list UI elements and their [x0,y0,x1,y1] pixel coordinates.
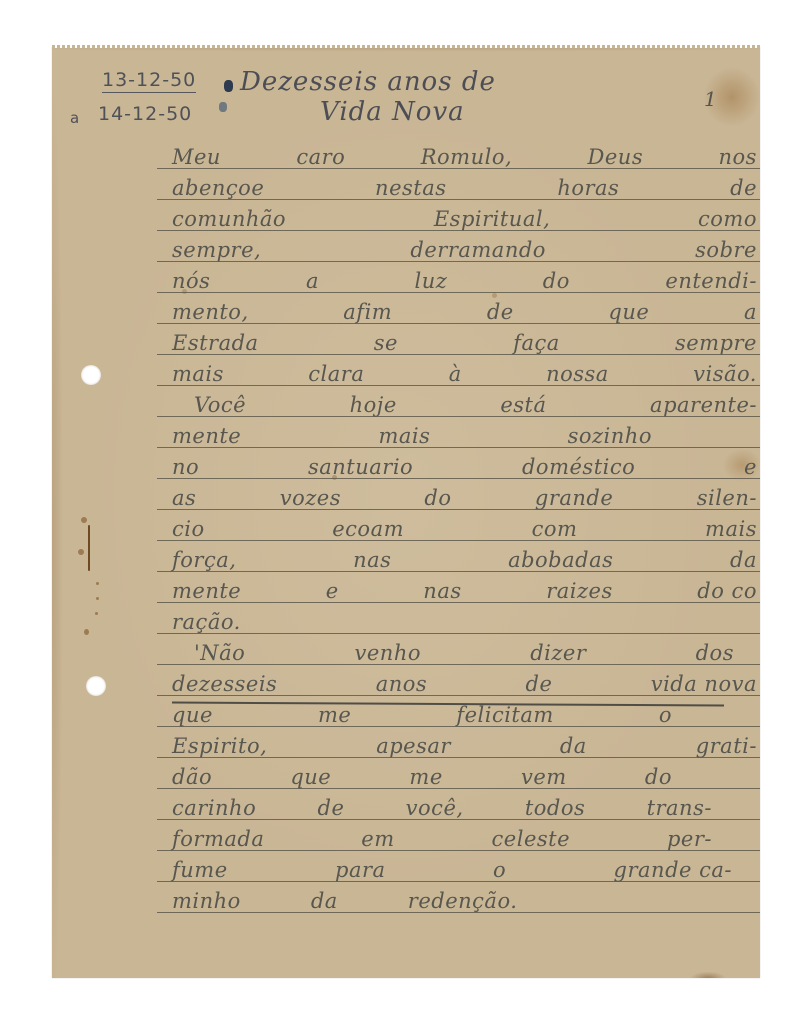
word: raizes [546,579,613,603]
word: Espiritual, [434,207,550,231]
stain-dot [95,612,98,615]
text-line: abençoe nestas horas de [172,170,757,200]
text-line: fume para o grande ca- [172,852,732,882]
margin-rust-mark [88,525,90,571]
word: todos [525,796,585,820]
word: as [172,486,196,510]
word: Estrada [172,331,259,355]
binder-hole-bottom [86,676,106,696]
word: felicitam [456,703,553,727]
word: anos [376,672,427,696]
text-line: dão que me vem do [172,759,672,789]
word: que [608,300,649,324]
word: me [409,765,442,789]
word: mais [378,424,430,448]
text-line: no santuario doméstico e [172,449,757,479]
date-prefix: a [70,109,80,127]
word: me [318,703,351,727]
word: dão [172,765,212,789]
word: grande ca- [614,858,732,882]
word: de [526,672,553,696]
word: derramando [410,238,546,262]
stain-dot [96,597,99,600]
word: e [326,579,339,603]
title-line-1: Dezesseis anos de [240,67,496,97]
text-line: dezesseis anos de vida nova [172,666,757,696]
word: sobre [695,238,757,262]
word: ração. [172,610,241,634]
word: comunhão [172,207,286,231]
word: dezesseis [172,672,277,696]
word: Espirito, [172,734,267,758]
word: fume [172,858,228,882]
ink-blot [224,80,233,92]
text-line: 'Não venho dizer dos [172,635,734,665]
stain-dot [81,517,87,523]
text-line: mento, afim de que a [172,294,757,324]
word: da [311,889,338,913]
word: da [560,734,587,758]
word: venho [355,641,421,665]
word: mais [705,517,757,541]
word: de [318,796,345,820]
word: silen- [697,486,757,510]
title-line-2: Vida Nova [320,97,465,127]
text-line: carinho de você, todos trans- [172,790,712,820]
text-line: Meu caro Romulo, Deus nos [172,139,757,169]
word: aparente- [650,393,757,417]
word: o [659,703,672,727]
word: a [306,269,319,293]
word: nas [423,579,461,603]
word: sempre, [172,238,261,262]
date-start: 13-12-50 [102,69,196,93]
word: de [487,300,514,324]
word: ecoam [332,517,404,541]
word: nestas [375,176,446,200]
word: Meu [172,145,221,169]
text-line: mais clara à nossa visão. [172,356,757,386]
word: mento, [172,300,249,324]
word: que [290,765,331,789]
word: Romulo, [421,145,512,169]
text-line: que me felicitam o [172,697,672,727]
text-line: sempre, derramando sobre [172,232,757,262]
word: luz [414,269,447,293]
word: sempre [675,331,757,355]
text-line: cio ecoam com mais [172,511,757,541]
word: Você [194,393,246,417]
word: à [449,362,462,386]
word: caro [296,145,345,169]
word: afim [343,300,392,324]
word: grati- [696,734,757,758]
word: vem [521,765,567,789]
word: horas [557,176,619,200]
binder-hole-top [81,365,101,385]
word: hoje [350,393,397,417]
word: mente [172,424,241,448]
text-line: minho da redenção. [172,883,757,913]
word: abobadas [508,548,613,572]
ink-blot [219,102,227,112]
stain-dot [96,582,99,585]
word: você, [406,796,464,820]
word: abençoe [172,176,264,200]
word: minho [172,889,241,913]
word: força, [172,548,236,572]
word: dos [696,641,734,665]
word: cio [172,517,205,541]
word: com [532,517,578,541]
word: a [744,300,757,324]
word: dizer [530,641,586,665]
word: da [730,548,757,572]
word: apesar [376,734,451,758]
word: mais [172,362,224,386]
text-line: mente mais sozinho [172,418,652,448]
word: formada [172,827,264,851]
stain-dot [78,549,84,555]
word: se [374,331,398,355]
text-line: ração. [172,604,757,634]
word: mente [172,579,241,603]
word: celeste [492,827,570,851]
word: visão. [693,362,757,386]
date-end: 14-12-50 [98,103,192,125]
word: vida nova [651,672,757,696]
word: como [698,207,757,231]
word: e [744,455,757,479]
word: o [493,858,506,882]
word: santuario [308,455,413,479]
text-line: Você hoje está aparente- [172,387,757,417]
word: faça [513,331,560,355]
word: per- [667,827,712,851]
letter-page: 13-12-50 a 14-12-50 Dezesseis anos de Vi… [52,47,760,978]
word: do [543,269,570,293]
text-line: as vozes do grande silen- [172,480,757,510]
page-number: 1 [704,87,718,111]
text-line: formada em celeste per- [172,821,712,851]
word: do [424,486,451,510]
word: de [730,176,757,200]
word: do co [697,579,757,603]
word: doméstico [522,455,635,479]
word: nos [719,145,757,169]
word: carinho [172,796,256,820]
word: no [172,455,199,479]
word: do [645,765,672,789]
word: Deus [588,145,644,169]
text-line: comunhão Espiritual, como [172,201,757,231]
word: redenção. [408,889,518,913]
stain-dot [84,629,89,635]
word: entendi- [665,269,757,293]
word: está [500,393,546,417]
word: 'Não [194,641,245,665]
word: sozinho [568,424,652,448]
word: que [172,703,213,727]
text-line: mente e nas raizes do co [172,573,757,603]
word: nas [353,548,391,572]
text-line: nós a luz do entendi- [172,263,757,293]
word: grande [535,486,613,510]
text-line: Espirito, apesar da grati- [172,728,757,758]
word: nós [172,269,210,293]
word: em [361,827,394,851]
word: vozes [280,486,341,510]
word: trans- [647,796,712,820]
word: nossa [546,362,609,386]
word: clara [308,362,364,386]
text-line: Estrada se faça sempre [172,325,757,355]
text-line: força, nas abobadas da [172,542,757,572]
word: para [335,858,386,882]
